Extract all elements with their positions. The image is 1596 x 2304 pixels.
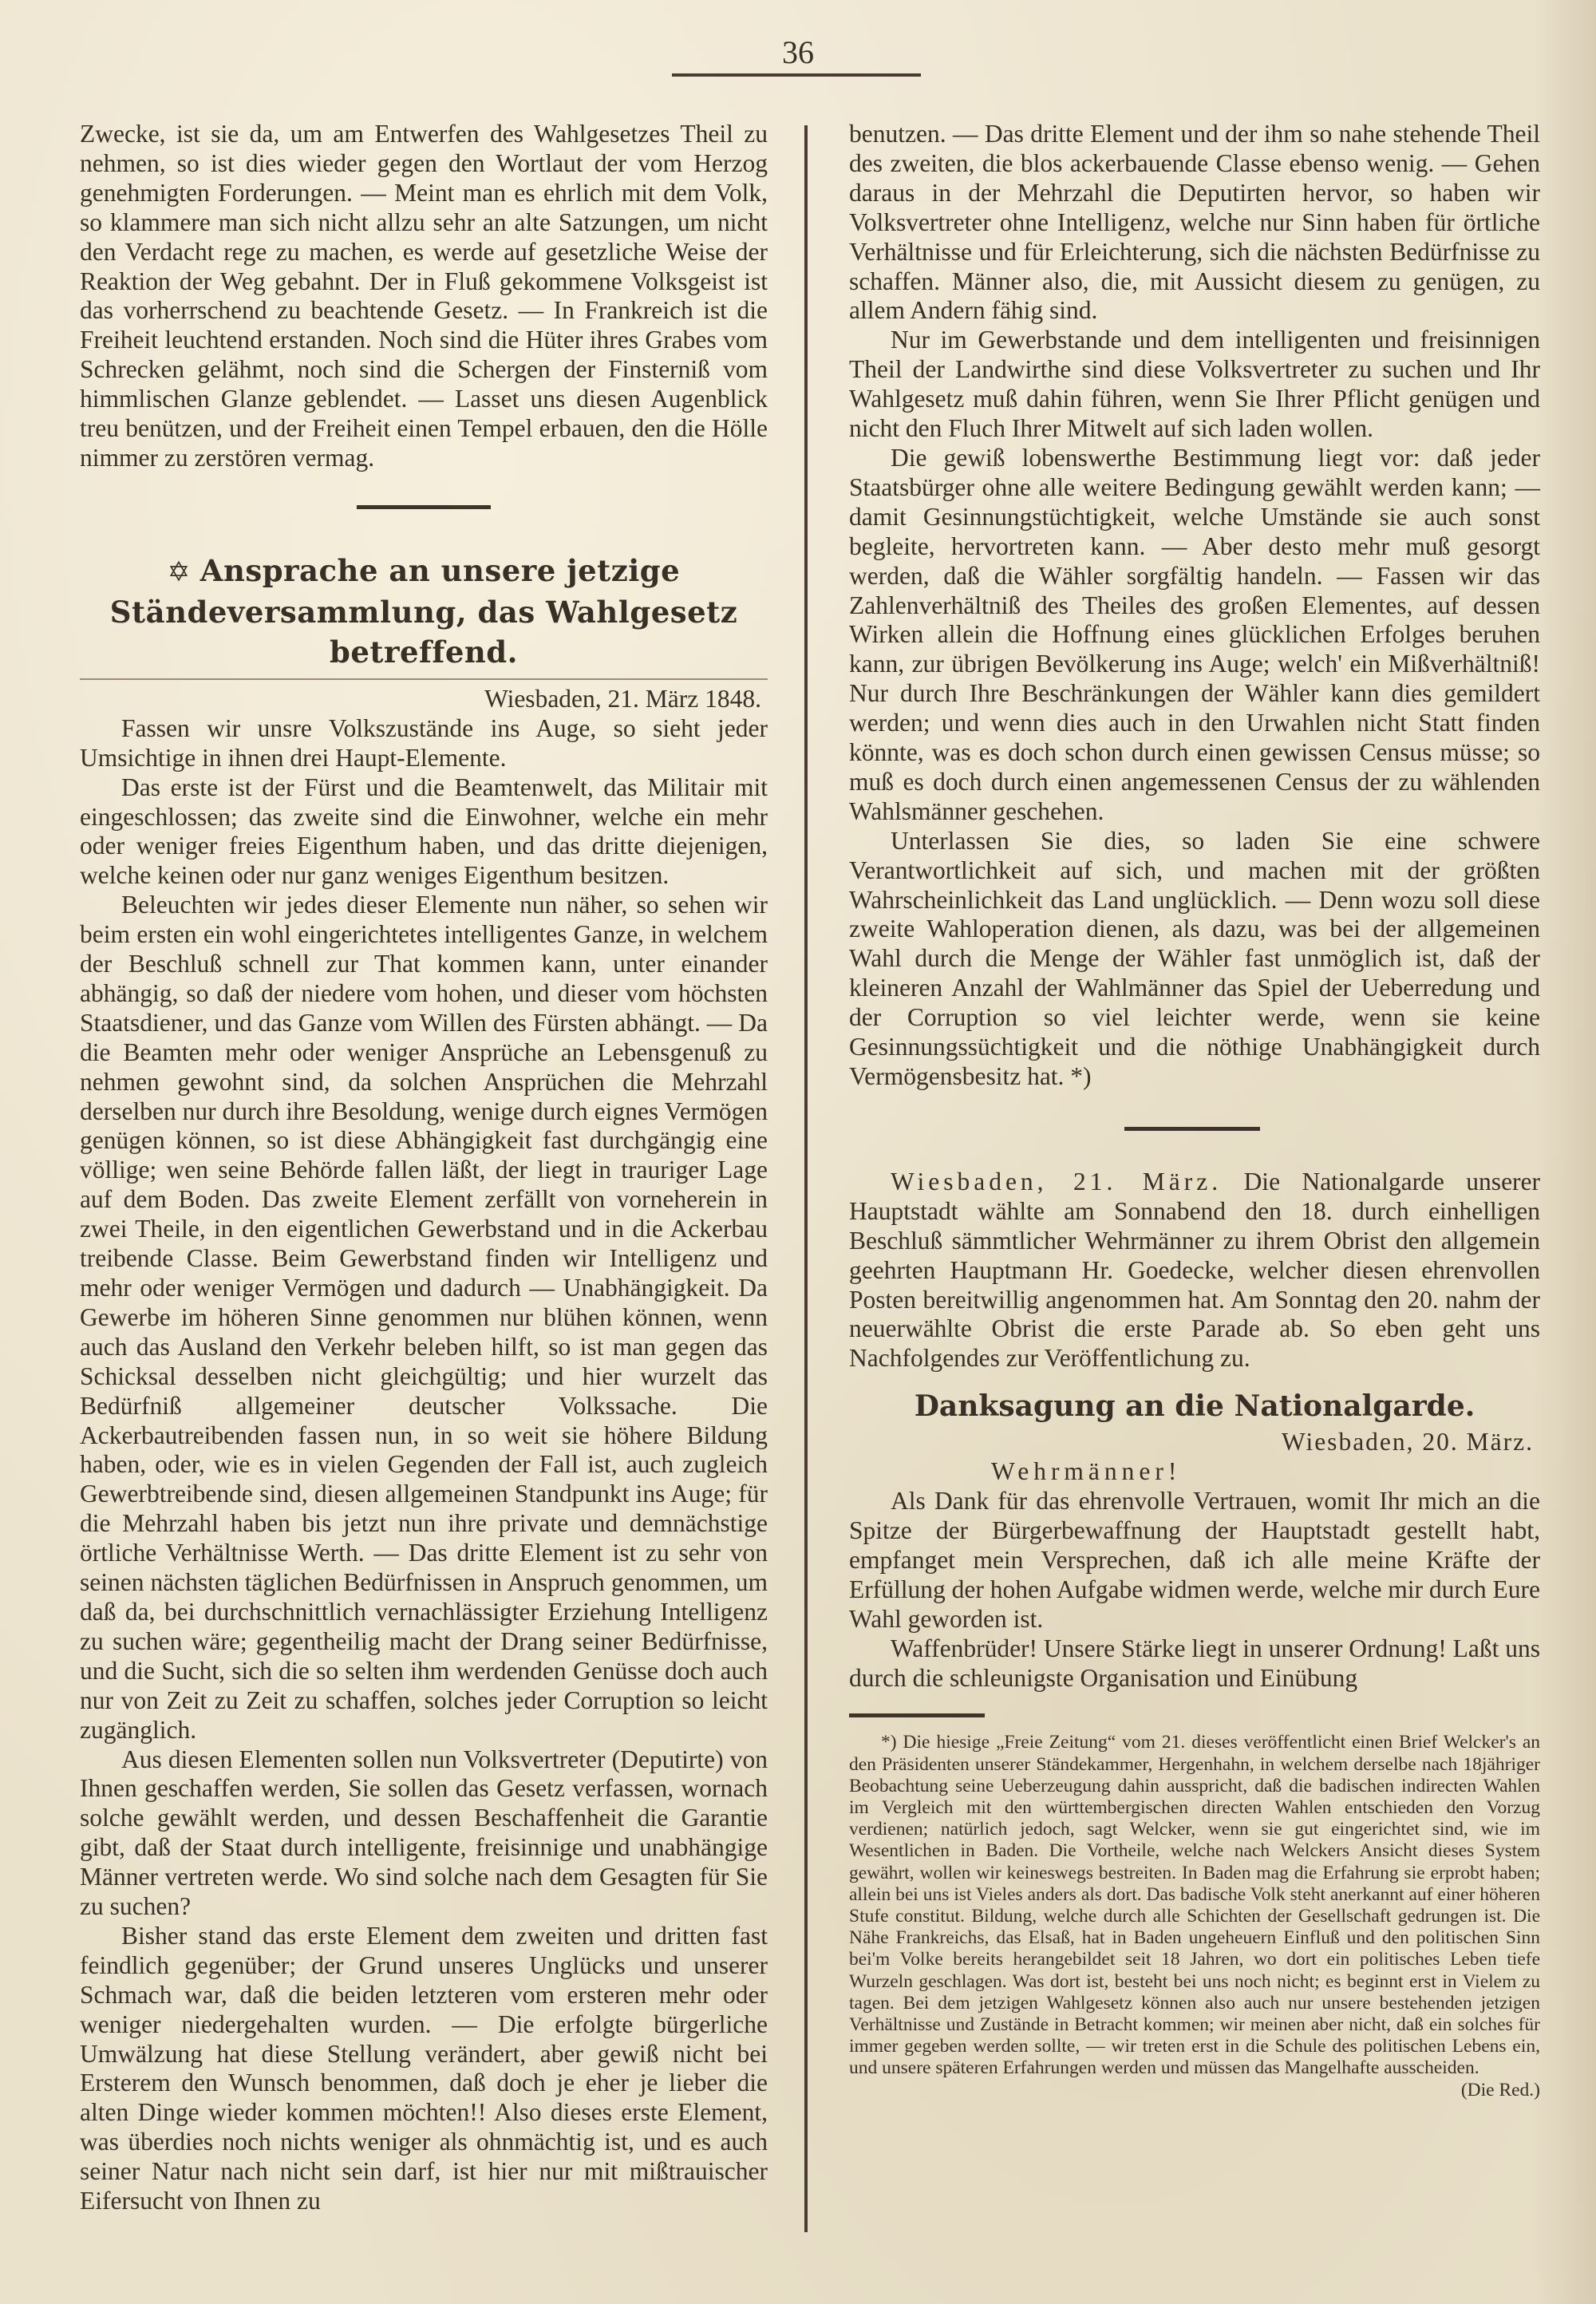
headline-rule (80, 678, 768, 680)
thanks-dateline: Wiesbaden, 20. März. (849, 1428, 1540, 1457)
header-rule (672, 73, 921, 77)
star-icon: ✡ (168, 556, 191, 588)
news-dateline: Wiesbaden, 21. März. (891, 1168, 1222, 1195)
article-paragraph: Fassen wir unsre Volkszustände ins Auge,… (80, 714, 768, 773)
right-column: benutzen. — Das dritte Element und der i… (849, 120, 1540, 2101)
section-divider (357, 505, 491, 509)
footnote-text: *) Die hiesige „Freie Zeitung“ vom 21. d… (849, 1732, 1540, 2079)
thanks-paragraph: Als Dank für das ehrenvolle Vertrauen, w… (849, 1487, 1540, 1634)
footnote: *) Die hiesige „Freie Zeitung“ vom 21. d… (849, 1732, 1540, 2079)
article-headline: ✡Ansprache an unsere jetzige Ständeversa… (80, 551, 768, 672)
footnote-rule (849, 1713, 985, 1717)
left-column: Zwecke, ist sie da, um am Entwerfen des … (80, 120, 768, 2216)
salutation: Wehrmänner! (849, 1457, 1540, 1487)
page-header: 36 (0, 0, 1596, 104)
article-paragraph: Das erste ist der Fürst und die Beamtenw… (80, 773, 768, 891)
section-divider (1124, 1127, 1260, 1131)
article-dateline: Wiesbaden, 21. März 1848. (80, 685, 768, 714)
column-divider (804, 125, 808, 2232)
footnote-signoff: (Die Red.) (1429, 2080, 1540, 2101)
continuation-paragraph: Unterlassen Sie dies, so laden Sie eine … (849, 827, 1540, 1092)
article-paragraph: Aus diesen Elementen sollen nun Volksver… (80, 1745, 768, 1922)
footnote-body: *) Die hiesige „Freie Zeitung“ vom 21. d… (849, 1732, 1540, 2078)
article-paragraph: Beleuchten wir jedes dieser Elemente nun… (80, 891, 768, 1745)
article-paragraph: Bisher stand das erste Element dem zweit… (80, 1922, 768, 2216)
thanks-paragraph: Waffenbrüder! Unsere Stärke liegt in uns… (849, 1634, 1540, 1693)
thanks-headline: Danksagung an die Nationalgarde. (849, 1385, 1540, 1428)
intro-paragraph: Zwecke, ist sie da, um am Entwerfen des … (80, 120, 768, 473)
article-title: Ansprache an unsere jetzige Ständeversam… (110, 553, 737, 670)
page-number: 36 (782, 34, 814, 71)
news-item: Wiesbaden, 21. März. Die Nationalgarde u… (849, 1168, 1540, 1373)
continuation-paragraph: Nur im Gewerbstande und dem intelligente… (849, 326, 1540, 444)
continuation-paragraph: Die gewiß lobenswerthe Bestimmung liegt … (849, 444, 1540, 827)
continuation-paragraph: benutzen. — Das dritte Element und der i… (849, 120, 1540, 326)
news-text: Die Nationalgarde unserer Hauptstadt wäh… (849, 1168, 1540, 1372)
